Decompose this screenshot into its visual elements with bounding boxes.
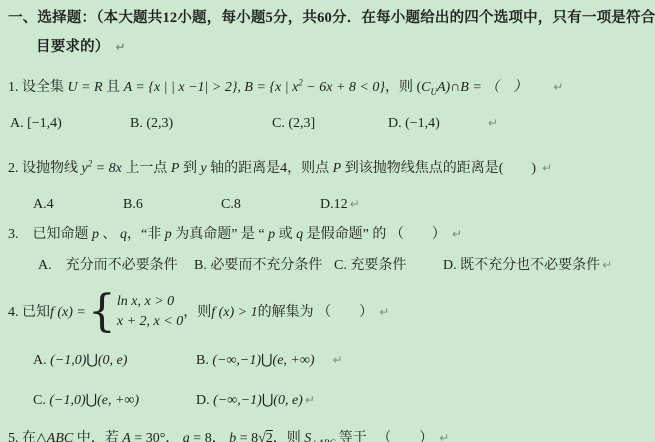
paragraph-return-icon: ↵: [305, 393, 315, 407]
option-d: D. 既不充分也不必要条件: [443, 258, 600, 273]
question-1-options: A. [−1,4)B. (2,3)C. (2,3]D. (−1,4)↵: [10, 113, 498, 134]
stem-math: f (x) > 1: [211, 302, 257, 323]
section-header-line2: 目要求的）↵: [36, 37, 126, 58]
option-math: (−1,0)⋃(0, e): [50, 353, 127, 368]
stem-math: p: [92, 227, 99, 242]
paragraph-return-icon: ↵: [350, 197, 360, 211]
piecewise-rows: ln x, x > 0 x + 2, x < 0: [117, 292, 183, 332]
paragraph-return-icon: ↵: [379, 302, 389, 323]
stem-math: A: [122, 431, 131, 442]
piecewise-function: { ln x, x > 0 x + 2, x < 0: [86, 290, 183, 334]
stem-text: = 30°，: [131, 431, 183, 442]
question-4-options-row1: A. (−1,0)⋃(0, e)B. (−∞,−1)⋃(e, +∞)↵: [33, 350, 343, 371]
paragraph-return-icon: ↵: [452, 227, 462, 241]
option-b: B. 必要而不充分条件: [194, 255, 334, 276]
option-d: D. (−1,4): [388, 116, 440, 131]
question-2-options: A.4B.6C.8D.12↵: [33, 194, 360, 215]
stem-math: q: [120, 227, 127, 242]
stem-text: 到: [179, 161, 200, 176]
question-3-options: A. 充分而不必要条件B. 必要而不充分条件C. 充要条件D. 既不充分也不必要…: [38, 255, 612, 276]
header-text: 目要求的）: [36, 39, 110, 55]
stem-text: 上一点: [122, 161, 171, 176]
stem-text: 的解集为 （ ）: [258, 302, 374, 323]
question-1-stem: 1. 设全集 U = R 且 A = {x | | x −1| > 2}, B …: [8, 77, 563, 98]
question-4-options-row2: C. (−1,0)⋃(e, +∞)D. (−∞,−1)⋃(0, e)↵: [33, 390, 315, 411]
stem-text: ，则: [273, 431, 305, 442]
stem-text: 等于 （ ）: [335, 431, 433, 442]
stem-text: 到该抛物线焦点的距离是( ): [341, 161, 536, 176]
option-label: B.: [196, 353, 209, 368]
option-c: C. 充要条件: [334, 255, 443, 276]
radical-sign: √: [258, 431, 266, 442]
stem-math: ABC: [47, 431, 73, 442]
option-math: (−∞,−1)⋃(0, e): [213, 393, 303, 408]
piecewise-row1: ln x, x > 0: [117, 292, 183, 312]
option-math: (−1,0)⋃(e, +∞): [49, 393, 139, 408]
stem-text: 是假命题” 的 （ ）: [303, 227, 446, 242]
paragraph-return-icon: ↵: [116, 40, 126, 54]
option-b: B. (−∞,−1)⋃(e, +∞): [196, 353, 315, 368]
option-label: D.: [196, 393, 210, 408]
paragraph-return-icon: ↵: [542, 161, 552, 175]
option-d: D.12: [320, 197, 348, 212]
stem-math: f (x) =: [50, 302, 86, 323]
paragraph-return-icon: ↵: [439, 431, 449, 442]
stem-math: a: [183, 431, 190, 442]
radicand: 2: [266, 431, 273, 442]
stem-text: = 8，: [190, 431, 229, 442]
stem-text: 为真命题” 是 “: [172, 227, 268, 242]
option-a: A.4: [33, 194, 123, 215]
option-d: D. (−∞,−1)⋃(0, e): [196, 393, 303, 408]
stem-text: = 8: [236, 431, 258, 442]
question-2-stem: 2. 设抛物线 y2 = 8x 上一点 P 到 y 轴的距离是4，则点 P 到该…: [8, 158, 552, 179]
option-a: A. 充分而不必要条件: [38, 255, 194, 276]
option-c: C. (−1,0)⋃(e, +∞): [33, 390, 196, 411]
stem-math: p: [165, 227, 172, 242]
stem-text: 且: [103, 80, 124, 95]
stem-text: 5. 在△: [8, 431, 47, 442]
stem-subscript: △ABC: [311, 438, 335, 442]
section-header-line1: 一、选择题：（本大题共12小题，每小题5分，共60分．在每小题给出的四个选项中，…: [8, 8, 655, 29]
stem-text: 轴的距离是4，则点: [207, 161, 333, 176]
stem-text: 中，若: [73, 431, 122, 442]
stem-text: 或: [275, 227, 296, 242]
option-c: C. (2,3]: [272, 113, 388, 134]
stem-text: 、: [99, 227, 120, 242]
paragraph-return-icon: ↵: [553, 80, 563, 94]
option-b: B.6: [123, 194, 221, 215]
option-label: A.: [33, 353, 47, 368]
stem-math: A = {x | | x −1| > 2}, B = {x | x: [124, 80, 299, 95]
stem-math: A)∩B = （ ）: [437, 80, 527, 95]
header-text: 一、选择题：（本大题共12小题，每小题5分，共60分．在每小题给出的四个选项中，…: [8, 10, 655, 26]
option-c: C.8: [221, 194, 320, 215]
stem-text: 3. 已知命题: [8, 227, 92, 242]
question-4-stem: 4. 已知 f (x) = { ln x, x > 0 x + 2, x < 0…: [8, 288, 389, 336]
option-math: (−∞,−1)⋃(e, +∞): [212, 353, 314, 368]
piecewise-row2: x + 2, x < 0: [117, 312, 183, 332]
option-a: A. [−1,4): [10, 113, 130, 134]
option-b: B. (2,3): [130, 113, 272, 134]
stem-text: 2. 设抛物线: [8, 161, 82, 176]
curly-brace: {: [88, 290, 116, 334]
paragraph-return-icon: ↵: [333, 353, 343, 367]
stem-math: = 8x: [92, 161, 122, 176]
question-5-stem: 5. 在△ABC 中，若 A = 30°， a = 8， b = 8√2，则 S…: [8, 428, 449, 442]
stem-math: U = R: [68, 80, 103, 95]
paragraph-return-icon: ↵: [602, 258, 612, 272]
stem-text: 4. 已知: [8, 302, 50, 323]
question-3-stem: 3. 已知命题 p 、 q，“非 p 为真命题” 是 “ p 或 q 是假命题”…: [8, 224, 462, 245]
option-a: A. (−1,0)⋃(0, e): [33, 350, 196, 371]
stem-text: ，则: [183, 302, 211, 323]
document-page: 一、选择题：（本大题共12小题，每小题5分，共60分．在每小题给出的四个选项中，…: [0, 0, 655, 442]
stem-math: P: [333, 161, 342, 176]
stem-text: ，则 (: [385, 80, 421, 95]
stem-math: − 6x + 8 < 0}: [303, 80, 385, 95]
paragraph-return-icon: ↵: [488, 116, 498, 130]
stem-text: 1. 设全集: [8, 80, 68, 95]
option-label: C.: [33, 393, 46, 408]
stem-text: ，“非: [127, 227, 165, 242]
